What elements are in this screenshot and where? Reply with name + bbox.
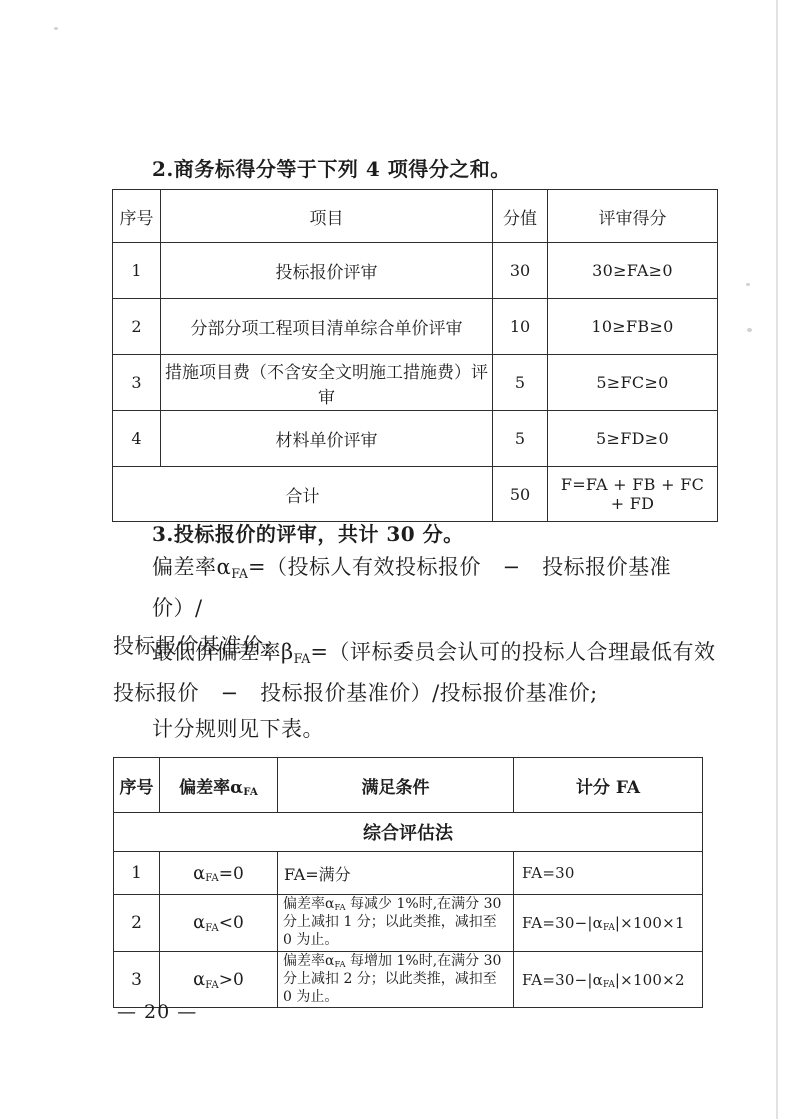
page-number: — 20 —	[117, 1001, 197, 1023]
table-header-row: 序号 偏差率αFA 满足条件 计分 FA	[114, 758, 703, 813]
alpha-symbol: α	[193, 969, 205, 990]
cell-review: 30≥FA≥0	[548, 243, 718, 299]
cell-review: 10≥FB≥0	[548, 299, 718, 355]
formula-line: 偏差率αFA=（投标人有效投标报价 − 投标报价基准价）/	[113, 548, 717, 627]
scoring-rules-table: 序号 偏差率αFA 满足条件 计分 FA 综合评估法 1 αFA=0 FA=满分…	[113, 757, 703, 1008]
cell-score: 10	[493, 299, 548, 355]
cell-item: 分部分项工程项目清单综合单价评审	[161, 299, 493, 355]
cell-item: 措施项目费（不含安全文明施工措施费）评审	[161, 355, 493, 411]
table-row: 2 αFA<0 偏差率αFA 每减少 1%时,在满分 30 分上减扣 1 分；以…	[114, 895, 703, 952]
subscript-fa: FA	[205, 923, 219, 934]
cell-score-formula: FA=30	[514, 852, 703, 895]
cell-score-formula: FA=30−|αFA|×100×2	[514, 951, 703, 1008]
cell-total-score: 50	[493, 467, 548, 522]
subscript-fa: FA	[205, 980, 219, 991]
beta-deviation-formula: 最低价偏差率βFA=（评标委员会认可的投标人合理最低有效 投标报价 − 投标报价…	[113, 633, 717, 712]
table-total-row: 合计 50 F=FA + FB + FC + FD	[113, 467, 718, 522]
cell-score: 5	[493, 355, 548, 411]
cell-no: 3	[113, 355, 161, 411]
subscript-fa: FA	[294, 651, 311, 666]
scanned-document-page: 2.商务标得分等于下列 4 项得分之和。 序号 项目 分值 评审得分 1 投标报…	[0, 0, 791, 1119]
col-header-deviation: 偏差率αFA	[160, 758, 278, 813]
scan-speck	[54, 27, 58, 30]
cell-review: 5≥FC≥0	[548, 355, 718, 411]
cell-no: 2	[114, 895, 160, 952]
business-score-table: 序号 项目 分值 评审得分 1 投标报价评审 30 30≥FA≥0 2 分部分项…	[112, 189, 718, 522]
table-header-row: 序号 项目 分值 评审得分	[113, 190, 718, 243]
cell-deviation: αFA<0	[160, 895, 278, 952]
subscript-fa: FA	[243, 786, 258, 798]
cell-item: 材料单价评审	[161, 411, 493, 467]
section2-heading: 2.商务标得分等于下列 4 项得分之和。	[152, 153, 511, 182]
col-header-score-fa: 计分 FA	[514, 758, 703, 813]
cell-condition: 偏差率αFA 每增加 1%时,在满分 30 分上减扣 2 分；以此类推，减扣至 …	[278, 951, 514, 1008]
cell-condition: FA=满分	[278, 852, 514, 895]
cell-no: 2	[113, 299, 161, 355]
table-row: 4 材料单价评审 5 5≥FD≥0	[113, 411, 718, 467]
alpha-symbol: α	[193, 912, 205, 933]
col-header-score: 分值	[493, 190, 548, 243]
cell-review: 5≥FD≥0	[548, 411, 718, 467]
table-row: 1 αFA=0 FA=满分 FA=30	[114, 852, 703, 895]
section3-heading: 3.投标报价的评审，共计 30 分。	[152, 518, 464, 547]
cell-condition: 偏差率αFA 每减少 1%时,在满分 30 分上减扣 1 分；以此类推，减扣至 …	[278, 895, 514, 952]
cell-no: 1	[113, 243, 161, 299]
cell-score: 5	[493, 411, 548, 467]
table-row: 2 分部分项工程项目清单综合单价评审 10 10≥FB≥0	[113, 299, 718, 355]
cell-total-formula: F=FA + FB + FC + FD	[548, 467, 718, 522]
cell-item: 投标报价评审	[161, 243, 493, 299]
scan-speck	[747, 328, 752, 332]
scan-artifact-line	[776, 0, 778, 1119]
cell-deviation: αFA=0	[160, 852, 278, 895]
col-header-no: 序号	[114, 758, 160, 813]
method-group-row: 综合评估法	[114, 813, 703, 852]
subscript-fa: FA	[231, 566, 248, 581]
col-header-condition: 满足条件	[278, 758, 514, 813]
table-row: 1 投标报价评审 30 30≥FA≥0	[113, 243, 718, 299]
rules-note: 计分规则见下表。	[113, 710, 756, 748]
col-header-item: 项目	[161, 190, 493, 243]
cell-score-formula: FA=30−|αFA|×100×1	[514, 895, 703, 952]
cell-no: 4	[113, 411, 161, 467]
formula-line: 投标报价 − 投标报价基准价）/投标报价基准价;	[113, 674, 717, 712]
table-row: 3 αFA>0 偏差率αFA 每增加 1%时,在满分 30 分上减扣 2 分；以…	[114, 951, 703, 1008]
cell-no: 1	[114, 852, 160, 895]
formula-line: 最低价偏差率βFA=（评标委员会认可的投标人合理最低有效	[113, 633, 717, 674]
table-row: 3 措施项目费（不含安全文明施工措施费）评审 5 5≥FC≥0	[113, 355, 718, 411]
col-header-no: 序号	[113, 190, 161, 243]
cell-no: 3	[114, 951, 160, 1008]
subscript-fa: FA	[205, 873, 219, 884]
method-label: 综合评估法	[114, 813, 703, 852]
col-header-review: 评审得分	[548, 190, 718, 243]
alpha-symbol: α	[193, 863, 205, 884]
cell-score: 30	[493, 243, 548, 299]
cell-total-label: 合计	[113, 467, 493, 522]
scan-speck	[746, 283, 750, 286]
cell-deviation: αFA>0	[160, 951, 278, 1008]
